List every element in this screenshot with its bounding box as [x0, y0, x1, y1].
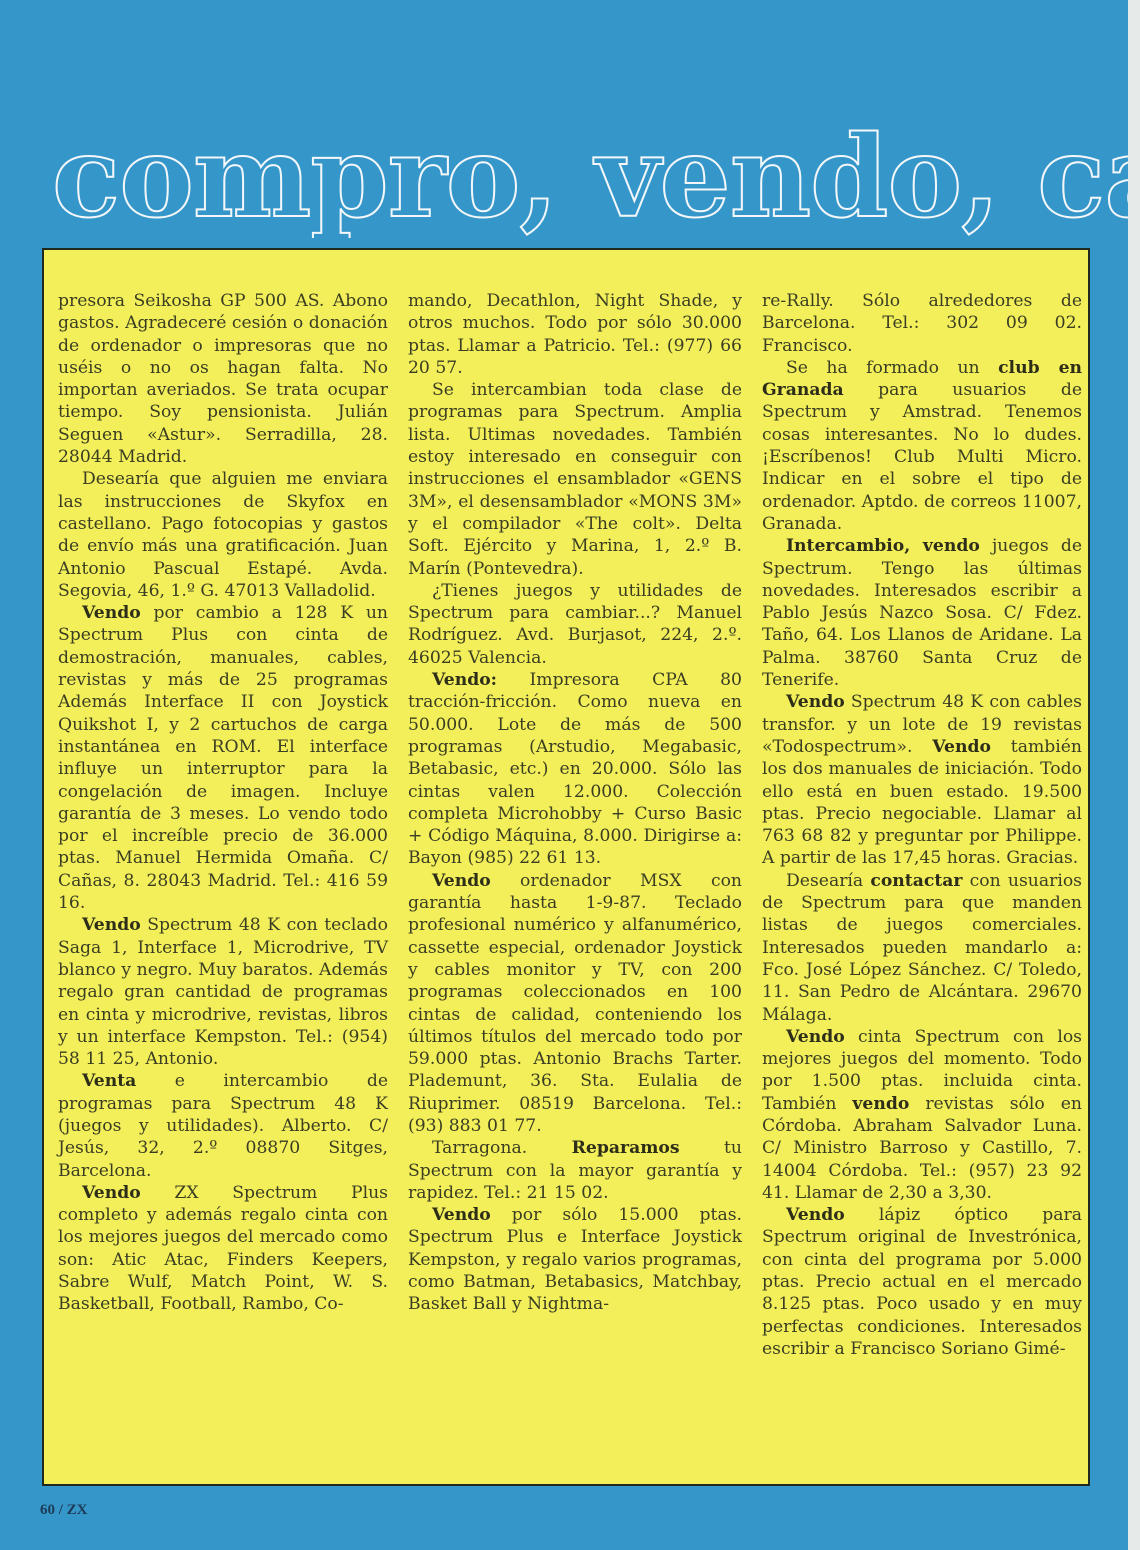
ad-text: Se ha formado un — [786, 358, 998, 378]
ad-keyword: Vendo — [932, 737, 991, 757]
classified-ad: Vendo cinta Spectrum con los mejores jue… — [762, 1026, 1082, 1204]
classified-ad: Vendo: Impresora CPA 80 tracción-fricció… — [408, 669, 742, 870]
column-2: mando, Decathlon, Night Shade, y otros m… — [408, 290, 742, 1316]
classified-ad: Tarragona. Reparamos tu Spectrum con la … — [408, 1137, 742, 1204]
classified-ad: Vendo por sólo 15.000 ptas. Spectrum Plu… — [408, 1204, 742, 1315]
ad-text: Tarragona. — [432, 1138, 572, 1158]
classified-ad: Desearía contactar con usuarios de Spect… — [762, 870, 1082, 1026]
ad-text: Se intercambian toda clase de programas … — [408, 380, 742, 578]
ad-keyword: Vendo — [82, 915, 141, 935]
page-edge — [1128, 0, 1140, 1550]
ad-text: ordenador MSX con garantía hasta 1-9-87.… — [408, 871, 742, 1136]
ad-text: por cambio a 128 K un Spectrum Plus con … — [58, 603, 388, 913]
classified-ad: Vendo ZX Spectrum Plus completo y además… — [58, 1182, 388, 1316]
classified-ad: presora Seikosha GP 500 AS. Abono gastos… — [58, 290, 388, 468]
ad-keyword: vendo — [852, 1094, 909, 1114]
classified-ad: Desearía que alguien me enviara las inst… — [58, 468, 388, 602]
classified-ad: Intercambio, vendo juegos de Spectrum. T… — [762, 535, 1082, 691]
ad-keyword: Vendo — [786, 1205, 845, 1225]
ad-text: Spectrum 48 K con teclado Saga 1, Interf… — [58, 915, 388, 1069]
ad-keyword: Reparamos — [572, 1138, 680, 1158]
page-footer: 60 / ZX — [40, 1502, 88, 1519]
ad-keyword: Vendo — [786, 1027, 845, 1047]
classified-ad: Vendo ordenador MSX con garantía hasta 1… — [408, 870, 742, 1138]
ad-text: juegos de Spectrum. Tengo las últimas no… — [762, 536, 1082, 690]
ad-text: presora Seikosha GP 500 AS. Abono gastos… — [58, 291, 388, 467]
ad-text: Desearía — [786, 871, 870, 891]
classified-ad: Se intercambian toda clase de programas … — [408, 379, 742, 580]
ad-text: con usuarios de Spectrum para que manden… — [762, 871, 1082, 1025]
ad-text: mando, Decathlon, Night Shade, y otros m… — [408, 291, 742, 378]
classified-ad: mando, Decathlon, Night Shade, y otros m… — [408, 290, 742, 379]
classified-ad: Vendo por cambio a 128 K un Spectrum Plu… — [58, 602, 388, 914]
ad-text: lápiz óptico para Spectrum original de I… — [762, 1205, 1082, 1359]
page-title: compro, vendo, ca — [52, 118, 1128, 238]
ad-keyword: Vendo — [82, 1183, 141, 1203]
ad-keyword: Vendo — [432, 1205, 491, 1225]
classified-ad: ¿Tienes juegos y utilidades de Spectrum … — [408, 580, 742, 669]
ad-keyword: Vendo — [432, 871, 491, 891]
ad-keyword: Vendo: — [432, 670, 497, 690]
ad-text: Impresora CPA 80 tracción-fricción. Como… — [408, 670, 742, 868]
column-1: presora Seikosha GP 500 AS. Abono gastos… — [58, 290, 388, 1316]
classified-ad: re-Rally. Sólo alrededores de Barcelona.… — [762, 290, 1082, 357]
classified-ad: Vendo Spectrum 48 K con cables transfor.… — [762, 691, 1082, 869]
ad-text: ¿Tienes juegos y utilidades de Spectrum … — [408, 581, 742, 668]
ad-text: para usuarios de Spectrum y Amstrad. Ten… — [762, 380, 1082, 534]
classified-ad: Vendo Spectrum 48 K con teclado Saga 1, … — [58, 914, 388, 1070]
column-3: re-Rally. Sólo alrededores de Barcelona.… — [762, 290, 1082, 1360]
ad-keyword: Vendo — [786, 692, 845, 712]
ad-keyword: contactar — [870, 871, 962, 891]
classified-ad: Venta e intercambio de programas para Sp… — [58, 1070, 388, 1181]
ad-keyword: Vendo — [82, 603, 141, 623]
ad-text: Desearía que alguien me enviara las inst… — [58, 469, 388, 600]
classified-ad: Se ha formado un club en Granada para us… — [762, 357, 1082, 535]
ad-text: re-Rally. Sólo alrededores de Barcelona.… — [762, 291, 1082, 356]
classified-ad: Vendo lápiz óptico para Spectrum origina… — [762, 1204, 1082, 1360]
ad-keyword: Venta — [82, 1071, 136, 1091]
ad-keyword: Intercambio, vendo — [786, 536, 980, 556]
classified-ads-box: presora Seikosha GP 500 AS. Abono gastos… — [42, 248, 1090, 1486]
